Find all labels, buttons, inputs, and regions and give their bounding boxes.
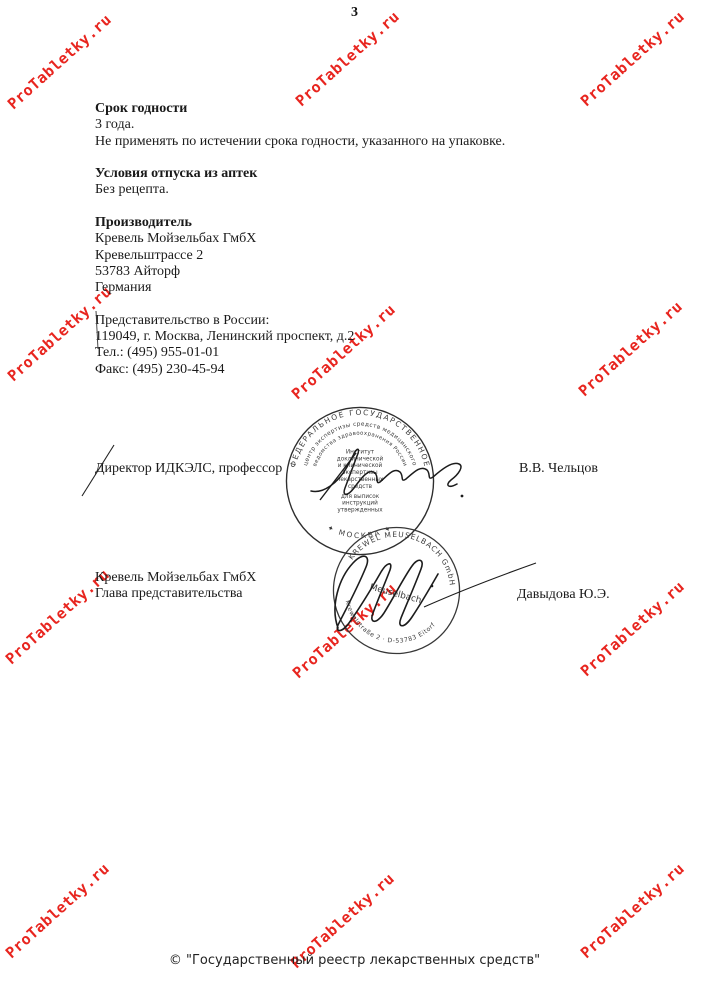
director-name-label: В.В. Чельцов <box>519 461 598 477</box>
section-line: Кревельштрассе 2 <box>95 248 575 264</box>
section-representative: Представительство в России: 119049, г. М… <box>95 313 575 378</box>
section-manufacturer: Производитель Кревель Мойзельбах ГмбХ Кр… <box>95 215 575 296</box>
watermark-protabletky: ProTabletky.ru <box>2 859 113 962</box>
section-line: Факс: (495) 230-45-94 <box>95 362 575 378</box>
section-shelf-life: Срок годности 3 года. Не применять по ис… <box>95 101 575 150</box>
section-dispensing: Условия отпуска из аптек Без рецепта. <box>95 166 575 199</box>
stamp-center-line: экспертизы <box>342 470 377 476</box>
director-role-label: Директор ИДКЭЛС, профессор <box>95 461 282 477</box>
watermark-protabletky: ProTabletky.ru <box>577 859 688 962</box>
section-title: Условия отпуска из аптек <box>95 166 575 182</box>
stamp-center-line: лекарственных <box>337 477 384 483</box>
watermark-protabletky: ProTabletky.ru <box>577 7 688 110</box>
watermark-protabletky: ProTabletky.ru <box>292 7 403 110</box>
section-line: Не применять по истечении срока годности… <box>95 134 575 150</box>
watermark-protabletky: ProTabletky.ru <box>4 10 115 113</box>
watermark-protabletky: ProTabletky.ru <box>575 297 686 400</box>
document-body: Срок годности 3 года. Не применять по ис… <box>95 101 575 394</box>
footer-copyright: © "Государственный реестр лекарственных … <box>0 953 709 968</box>
section-title: Представительство в России: <box>95 313 575 329</box>
document-page: 3 ProTabletky.ru ProTabletky.ru ProTable… <box>0 0 709 1000</box>
head-company-label: Кревель Мойзельбах ГмбХ <box>95 570 256 586</box>
section-line: 119049, г. Москва, Ленинский проспект, д… <box>95 329 575 345</box>
stamp-center-text: Meuselbach <box>369 583 423 606</box>
stamp-center-line: средств <box>348 484 373 490</box>
stamp-center-line: для выписок <box>341 494 380 500</box>
head-name-label: Давыдова Ю.Э. <box>517 587 610 603</box>
section-line: Германия <box>95 280 575 296</box>
section-line: Тел.: (495) 955-01-01 <box>95 345 575 361</box>
head-role-label: Глава представительства <box>95 586 243 602</box>
section-line: 3 года. <box>95 117 575 133</box>
stamp-center-line: доклинической <box>337 455 384 462</box>
svg-text:Krewelstraße 2 · D-53783 Eitor: Krewelstraße 2 · D-53783 Eitorf <box>336 598 438 656</box>
stamp-center-line: инструкций <box>342 500 378 507</box>
section-line: Кревель Мойзельбах ГмбХ <box>95 231 575 247</box>
section-line: Без рецепта. <box>95 182 575 198</box>
section-title: Срок годности <box>95 101 575 117</box>
stamp-ring-bottom-text: Krewelstraße 2 · D-53783 Eitorf <box>336 598 438 656</box>
stamp-center-line: и клинической <box>338 462 383 469</box>
section-title: Производитель <box>95 215 575 231</box>
stamp-center-line: Институт <box>346 449 375 455</box>
section-line: 53783 Айторф <box>95 264 575 280</box>
